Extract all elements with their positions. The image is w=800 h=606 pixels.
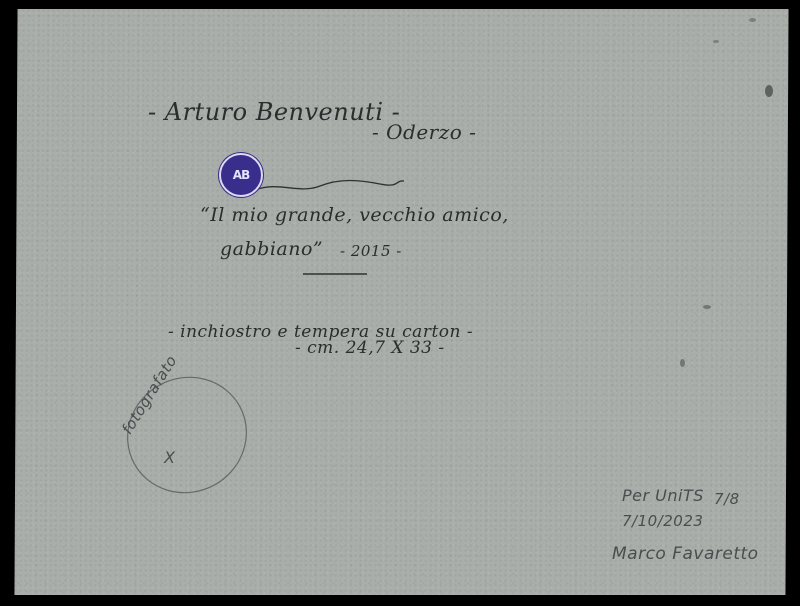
- artwork-title-line2: gabbiano”: [220, 238, 323, 260]
- artist-name: - Arturo Benvenuti -: [148, 98, 400, 126]
- provenance-date: 7/10/2023: [622, 512, 703, 530]
- stain-mark: [765, 85, 773, 97]
- artwork-year: - 2015 -: [340, 242, 402, 260]
- stain-mark: [749, 18, 756, 22]
- provenance-lot: 7/8: [714, 490, 740, 508]
- stain-mark: [703, 305, 711, 309]
- artwork-dimensions: - cm. 24,7 X 33 -: [295, 338, 445, 358]
- provenance-recipient: Per UniTS: [622, 486, 704, 505]
- artwork-title-line1: “Il mio grande, vecchio amico,: [200, 204, 509, 226]
- stamp-monogram: AB: [233, 168, 249, 182]
- stain-mark: [680, 359, 685, 367]
- artist-place: - Oderzo -: [372, 120, 476, 144]
- pencil-note-mark: X: [164, 448, 175, 467]
- collector-stamp: AB: [219, 153, 263, 197]
- wavy-underline: [258, 181, 404, 190]
- stain-mark: [713, 40, 719, 43]
- provenance-signature: Marco Favaretto: [612, 544, 759, 564]
